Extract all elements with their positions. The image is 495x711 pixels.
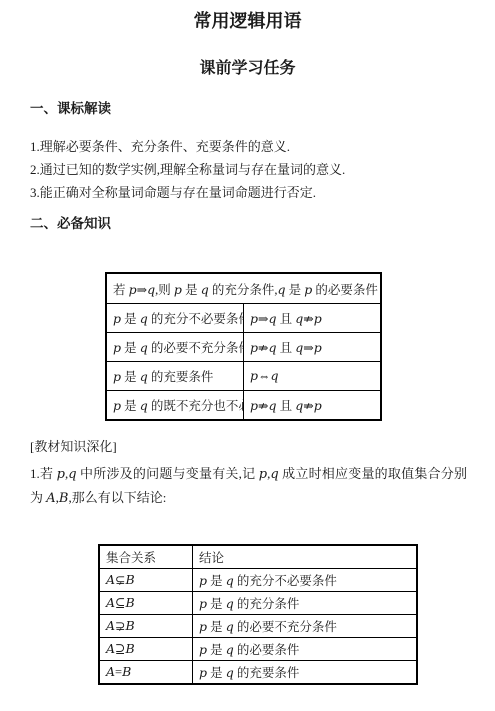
relation-cell: A⊇B (99, 638, 193, 661)
condition-cell: p 是 q 的充分不必要条件 (106, 304, 244, 333)
table-row: p 是 q 的既不充分也不必要条件 p⇏q 且 q⇏p (106, 391, 381, 421)
relation-cell: A=B (99, 661, 193, 685)
condition-cell: p 是 q 的充要条件 (106, 362, 244, 391)
condition-cell: p 是 q 的既不充分也不必要条件 (106, 391, 244, 421)
symbol-cell: p⇏q 且 q⇒p (244, 333, 382, 362)
column-header-relation: 集合关系 (99, 545, 193, 569)
conditions-table-header-cell: 若 p⇒q,则 p 是 q 的充分条件,q 是 p 的必要条件 (106, 273, 381, 304)
conclusion-cell: p 是 q 的充分不必要条件 (193, 569, 418, 592)
table-row: 若 p⇒q,则 p 是 q 的充分条件,q 是 p 的必要条件 (106, 273, 381, 304)
table-row: A⊊B p 是 q 的充分不必要条件 (99, 569, 417, 592)
intro-paragraph: 1.若 p,q 中所涉及的问题与变量有关,记 p,q 成立时相应变量的取值集合分… (0, 462, 495, 510)
conclusion-cell: p 是 q 的充分条件 (193, 592, 418, 615)
relation-cell: A⊋B (99, 615, 193, 638)
symbol-cell: p⇒q 且 q⇏p (244, 304, 382, 333)
section-heading-knowledge: 二、必备知识 (0, 215, 495, 233)
table-row: A=B p 是 q 的充要条件 (99, 661, 417, 685)
symbol-cell: p⇔q (244, 362, 382, 391)
curriculum-item-list: 1.理解必要条件、充分条件、充要条件的意义. 2.通过已知的数学实例,理解全称量… (0, 135, 495, 204)
table-row: A⊇B p 是 q 的必要条件 (99, 638, 417, 661)
relation-cell: A⊆B (99, 592, 193, 615)
table-row: p 是 q 的充要条件 p⇔q (106, 362, 381, 391)
table-row: A⊋B p 是 q 的必要不充分条件 (99, 615, 417, 638)
section-heading-curriculum: 一、课标解读 (0, 100, 495, 118)
list-item: 3.能正确对全称量词命题与存在量词命题进行否定. (30, 181, 465, 204)
conditions-table: 若 p⇒q,则 p 是 q 的充分条件,q 是 p 的必要条件 p 是 q 的充… (105, 272, 382, 421)
table-header-row: 集合关系 结论 (99, 545, 417, 569)
conclusion-cell: p 是 q 的必要条件 (193, 638, 418, 661)
column-header-conclusion: 结论 (193, 545, 418, 569)
table-row: A⊆B p 是 q 的充分条件 (99, 592, 417, 615)
table-row: p 是 q 的必要不充分条件 p⇏q 且 q⇒p (106, 333, 381, 362)
page-title: 常用逻辑用语 (0, 0, 495, 33)
table-row: p 是 q 的充分不必要条件 p⇒q 且 q⇏p (106, 304, 381, 333)
list-item: 1.理解必要条件、充分条件、充要条件的意义. (30, 135, 465, 158)
condition-cell: p 是 q 的必要不充分条件 (106, 333, 244, 362)
relation-cell: A⊊B (99, 569, 193, 592)
conclusion-cell: p 是 q 的必要不充分条件 (193, 615, 418, 638)
conclusion-cell: p 是 q 的充要条件 (193, 661, 418, 685)
deepen-label: [教材知识深化] (0, 439, 495, 455)
list-item: 2.通过已知的数学实例,理解全称量词与存在量词的意义. (30, 158, 465, 181)
symbol-cell: p⇏q 且 q⇏p (244, 391, 382, 421)
set-relation-table: 集合关系 结论 A⊊B p 是 q 的充分不必要条件 A⊆B p 是 q 的充分… (98, 544, 418, 685)
page-subtitle: 课前学习任务 (0, 58, 495, 79)
document-page: 常用逻辑用语 课前学习任务 一、课标解读 1.理解必要条件、充分条件、充要条件的… (0, 0, 495, 711)
